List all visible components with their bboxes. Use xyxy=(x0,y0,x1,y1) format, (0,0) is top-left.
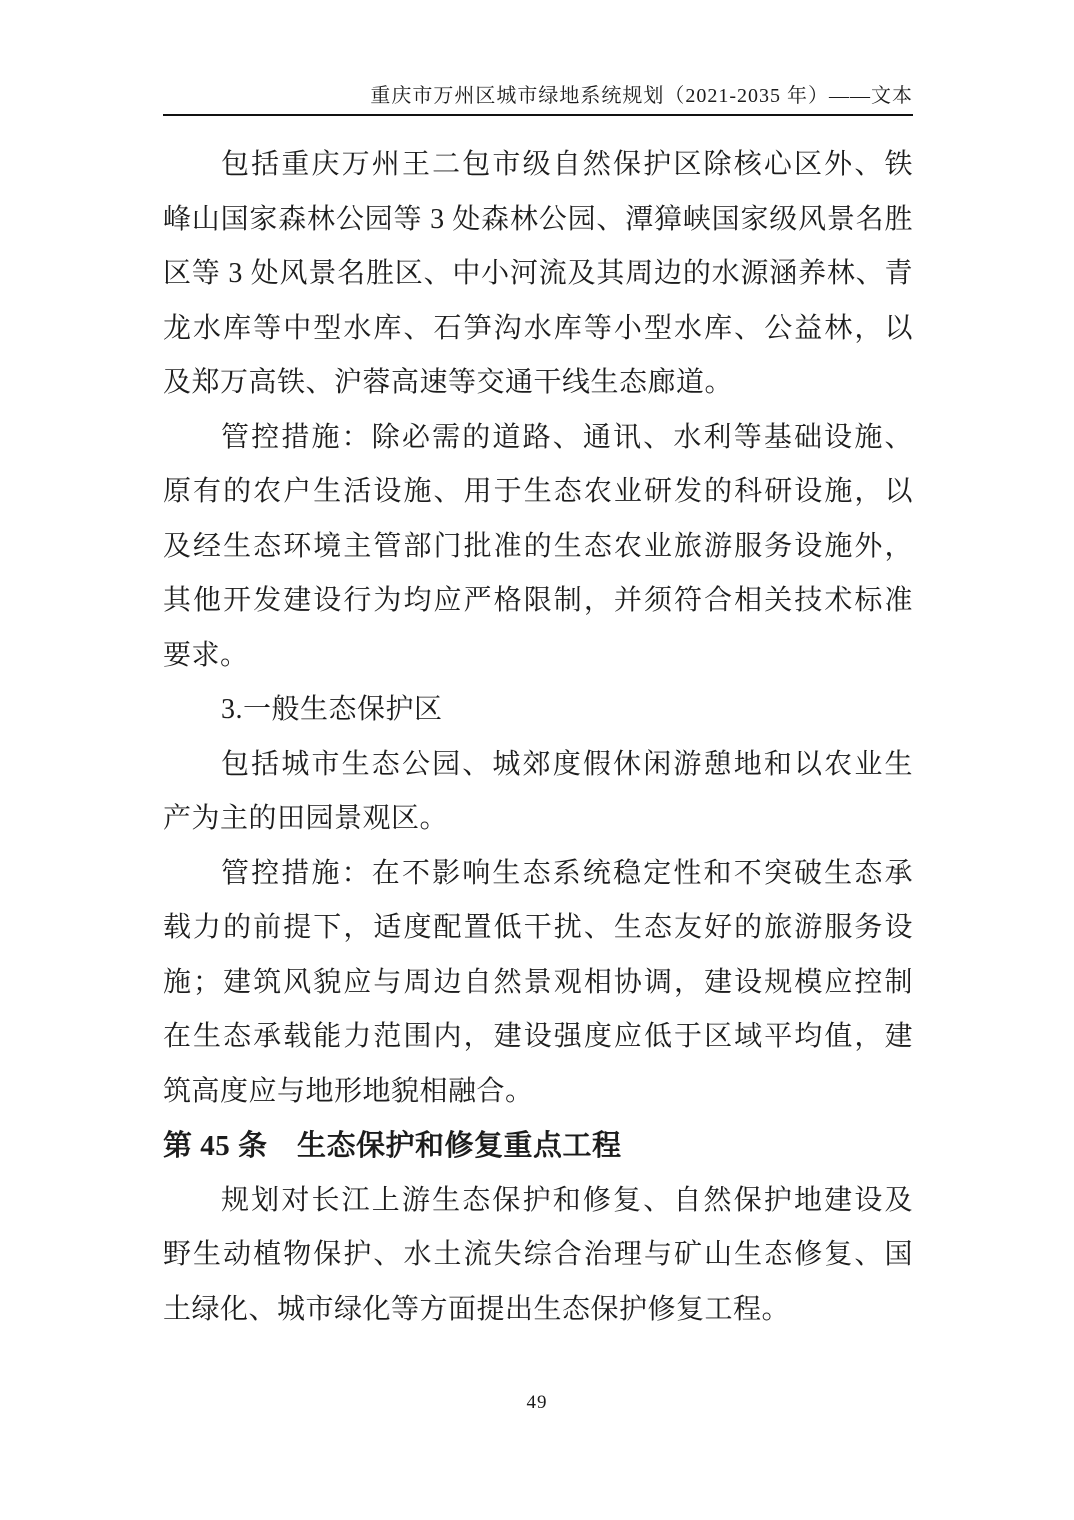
document-body: 包括重庆万州王二包市级自然保护区除核心区外、铁 峰山国家森林公园等 3 处森林公… xyxy=(163,138,913,1337)
text-line: 载力的前提下，适度配置低干扰、生态友好的旅游服务设 xyxy=(163,901,913,956)
header-rule xyxy=(163,114,913,116)
text-line: 区等 3 处风景名胜区、中小河流及其周边的水源涵养林、青 xyxy=(163,247,913,302)
text-line: 原有的农户生活设施、用于生态农业研发的科研设施，以 xyxy=(163,465,913,520)
page-number: 49 xyxy=(527,1392,548,1413)
article-45-heading: 第 45 条 生态保护和修复重点工程 xyxy=(163,1119,913,1174)
text-line: 土绿化、城市绿化等方面提出生态保护修复工程。 xyxy=(163,1283,913,1338)
page-header: 重庆市万州区城市绿地系统规划（2021-2035 年）——文本 xyxy=(163,0,913,116)
text-line: 在生态承载能力范围内，建设强度应低于区域平均值，建 xyxy=(163,1010,913,1065)
text-line: 筑高度应与地形地貌相融合。 xyxy=(163,1065,913,1120)
text-line: 施；建筑风貌应与周边自然景观相协调，建设规模应控制 xyxy=(163,956,913,1011)
text-line: 及郑万高铁、沪蓉高速等交通干线生态廊道。 xyxy=(163,356,913,411)
subheading-general-eco-zone: 3.一般生态保护区 xyxy=(163,683,913,738)
document-page: 重庆市万州区城市绿地系统规划（2021-2035 年）——文本 包括重庆万州王二… xyxy=(0,0,1074,1520)
text-line: 管控措施：除必需的道路、通讯、水利等基础设施、 xyxy=(163,411,913,466)
text-line: 管控措施：在不影响生态系统稳定性和不突破生态承 xyxy=(163,847,913,902)
text-line: 龙水库等中型水库、石笋沟水库等小型水库、公益林，以 xyxy=(163,302,913,357)
text-line: 规划对长江上游生态保护和修复、自然保护地建设及 xyxy=(163,1174,913,1229)
page-footer: 49 xyxy=(0,1392,1074,1414)
text-line: 要求。 xyxy=(163,629,913,684)
text-line: 包括城市生态公园、城郊度假休闲游憩地和以农业生 xyxy=(163,738,913,793)
text-line: 及经生态环境主管部门批准的生态农业旅游服务设施外， xyxy=(163,520,913,575)
text-line: 其他开发建设行为均应严格限制，并须符合相关技术标准 xyxy=(163,574,913,629)
text-line: 产为主的田园景观区。 xyxy=(163,792,913,847)
header-title: 重庆市万州区城市绿地系统规划（2021-2035 年）——文本 xyxy=(163,82,913,110)
text-line: 包括重庆万州王二包市级自然保护区除核心区外、铁 xyxy=(163,138,913,193)
text-line: 野生动植物保护、水土流失综合治理与矿山生态修复、国 xyxy=(163,1228,913,1283)
text-line: 峰山国家森林公园等 3 处森林公园、潭獐峡国家级风景名胜 xyxy=(163,193,913,248)
